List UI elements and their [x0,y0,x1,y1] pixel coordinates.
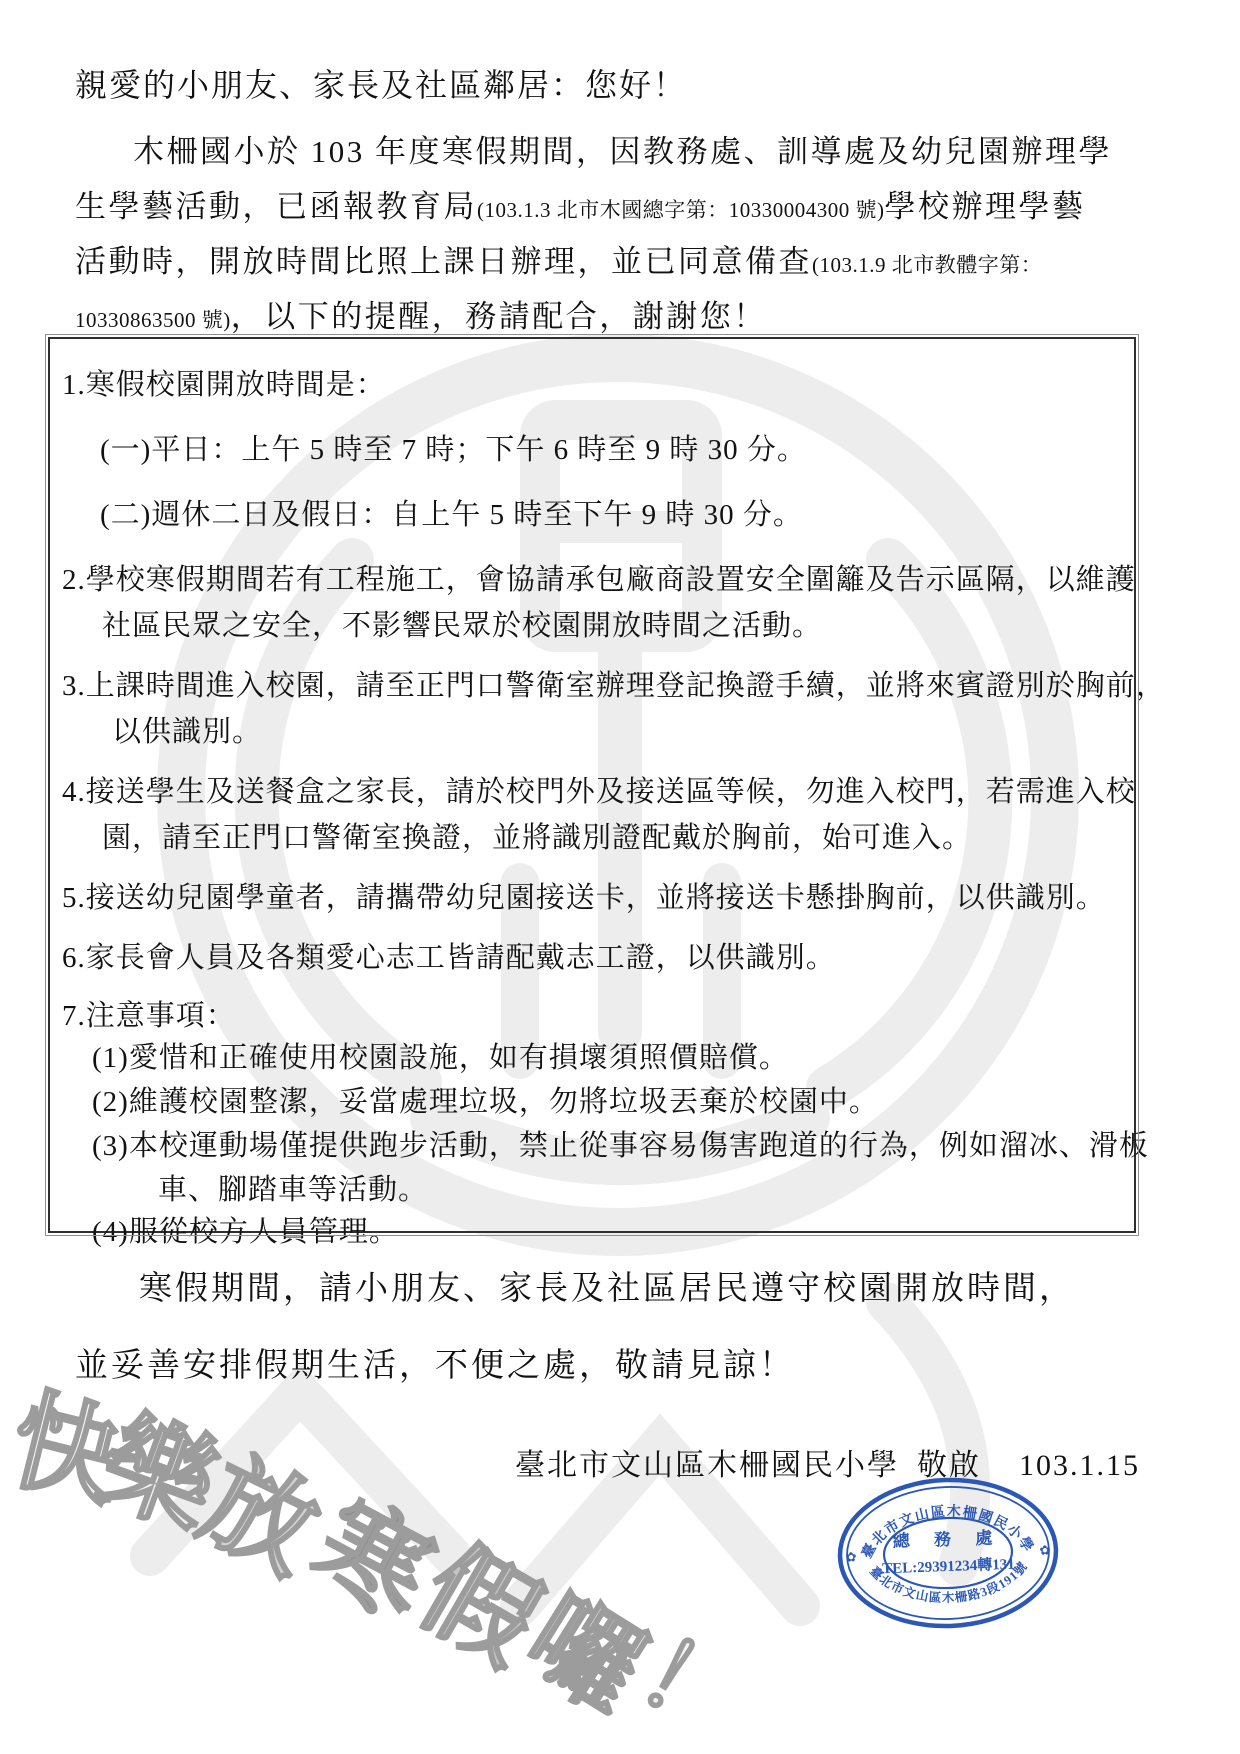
notice-line: 3.上課時間進入校園，請至正門口警衛室辦理登記換證手續，並將來賓證別於胸前， [62,666,1120,706]
school-notice-page: 親愛的小朋友、家長及社區鄰居：您好！ 木柵國小於 103 年度寒假期間，因教務處… [0,0,1240,1754]
notice-line: (二)週休二日及假日：自上午 5 時至下午 9 時 30 分。 [62,495,1120,535]
notice-line: 車、腳踏車等活動。 [62,1170,1120,1210]
notice-line: 6.家長會人員及各類愛心志工皆請配戴志工證，以供識別。 [62,938,1120,978]
notice-box: 1.寒假校園開放時間是： (一)平日：上午 5 時至 7 時；下午 6 時至 9… [48,337,1136,1233]
closing-line-2: 並妥善安排假期生活，不便之處，敬請見諒！ [75,1339,1180,1386]
notice-line: 5.接送幼兒園學童者，請攜帶幼兒園接送卡，並將接送卡懸掛胸前，以供識別。 [62,878,1120,918]
school-seal-stamp: 臺北市文山區木柵國民小學 總 務 處 TEL:29391234轉131 臺北市文… [832,1470,1063,1636]
notice-line: 1.寒假校園開放時間是： [62,365,1120,405]
intro-line-4: 10330863500 號)，以下的提醒，務請配合，謝謝您！ [75,289,1185,344]
intro-line-2-main: 生學藝活動，已函報教育局 [75,189,477,224]
plum-blossom-icon: ✿ [845,1549,857,1564]
stamp-office-text: 總 務 處 [891,1527,1002,1551]
intro-line-2: 生學藝活動，已函報教育局(103.1.3 北市木國總字第：10330004300… [75,179,1185,234]
notice-line: 以供識別。 [62,712,1120,752]
intro-line-3-main: 活動時，開放時間比照上課日辦理，並已同意備查 [75,244,812,279]
notice-line: 7.注意事項： [62,996,1120,1036]
closing-line-1: 寒假期間，請小朋友、家長及社區居民遵守校園開放時間， [75,1262,1180,1309]
notice-line: (2)維護校園整潔，妥當處理垃圾，勿將垃圾丟棄於校園中。 [62,1082,1120,1122]
notice-line: 2.學校寒假期間若有工程施工，會協請承包廠商設置安全圍籬及告示區隔，以維護 [62,560,1120,600]
notice-line: (3)本校運動場僅提供跑步活動，禁止從事容易傷害跑道的行為，例如溜冰、滑板 [62,1126,1120,1166]
intro-paragraph: 木柵國小於 103 年度寒假期間，因教務處、訓導處及幼兒園辦理學 生學藝活動，已… [75,124,1185,344]
notice-line: 園，請至正門口警衛室換證，並將識別證配戴於胸前，始可進入。 [62,818,1120,858]
notice-line: 社區民眾之安全，不影響民眾於校園開放時間之活動。 [62,606,1120,646]
closing-paragraph: 寒假期間，請小朋友、家長及社區居民遵守校園開放時間， 並妥善安排假期生活，不便之… [75,1262,1180,1386]
plum-blossom-icon: ✿ [1039,1542,1051,1557]
notice-line: (一)平日：上午 5 時至 7 時；下午 6 時至 9 時 30 分。 [62,430,1120,470]
greeting-line: 親愛的小朋友、家長及社區鄰居：您好！ [75,60,687,106]
stamp-tel-text: TEL:29391234轉131 [882,1555,1015,1578]
intro-line-4-tail: ，以下的提醒，務請配合，謝謝您！ [231,299,767,334]
intro-line-3: 活動時，開放時間比照上課日辦理，並已同意備查(103.1.9 北市教體字第： [75,234,1185,289]
notice-line: 4.接送學生及送餐盒之家長，請於校門外及接送區等候，勿進入校門，若需進入校 [62,772,1120,812]
intro-line-3-refno: (103.1.9 北市教體字第： [812,253,1042,277]
intro-line-4-refno: 10330863500 號) [75,308,231,332]
intro-line-2-refno: (103.1.3 北市木國總字第：10330004300 號) [477,198,885,222]
intro-line-1: 木柵國小於 103 年度寒假期間，因教務處、訓導處及幼兒園辦理學 [75,124,1185,179]
intro-line-2-tail: 學校辦理學藝 [885,189,1086,224]
notice-line: (4)服從校方人員管理。 [62,1212,1120,1252]
notice-line: (1)愛惜和正確使用校園設施，如有損壞須照價賠償。 [62,1038,1120,1078]
